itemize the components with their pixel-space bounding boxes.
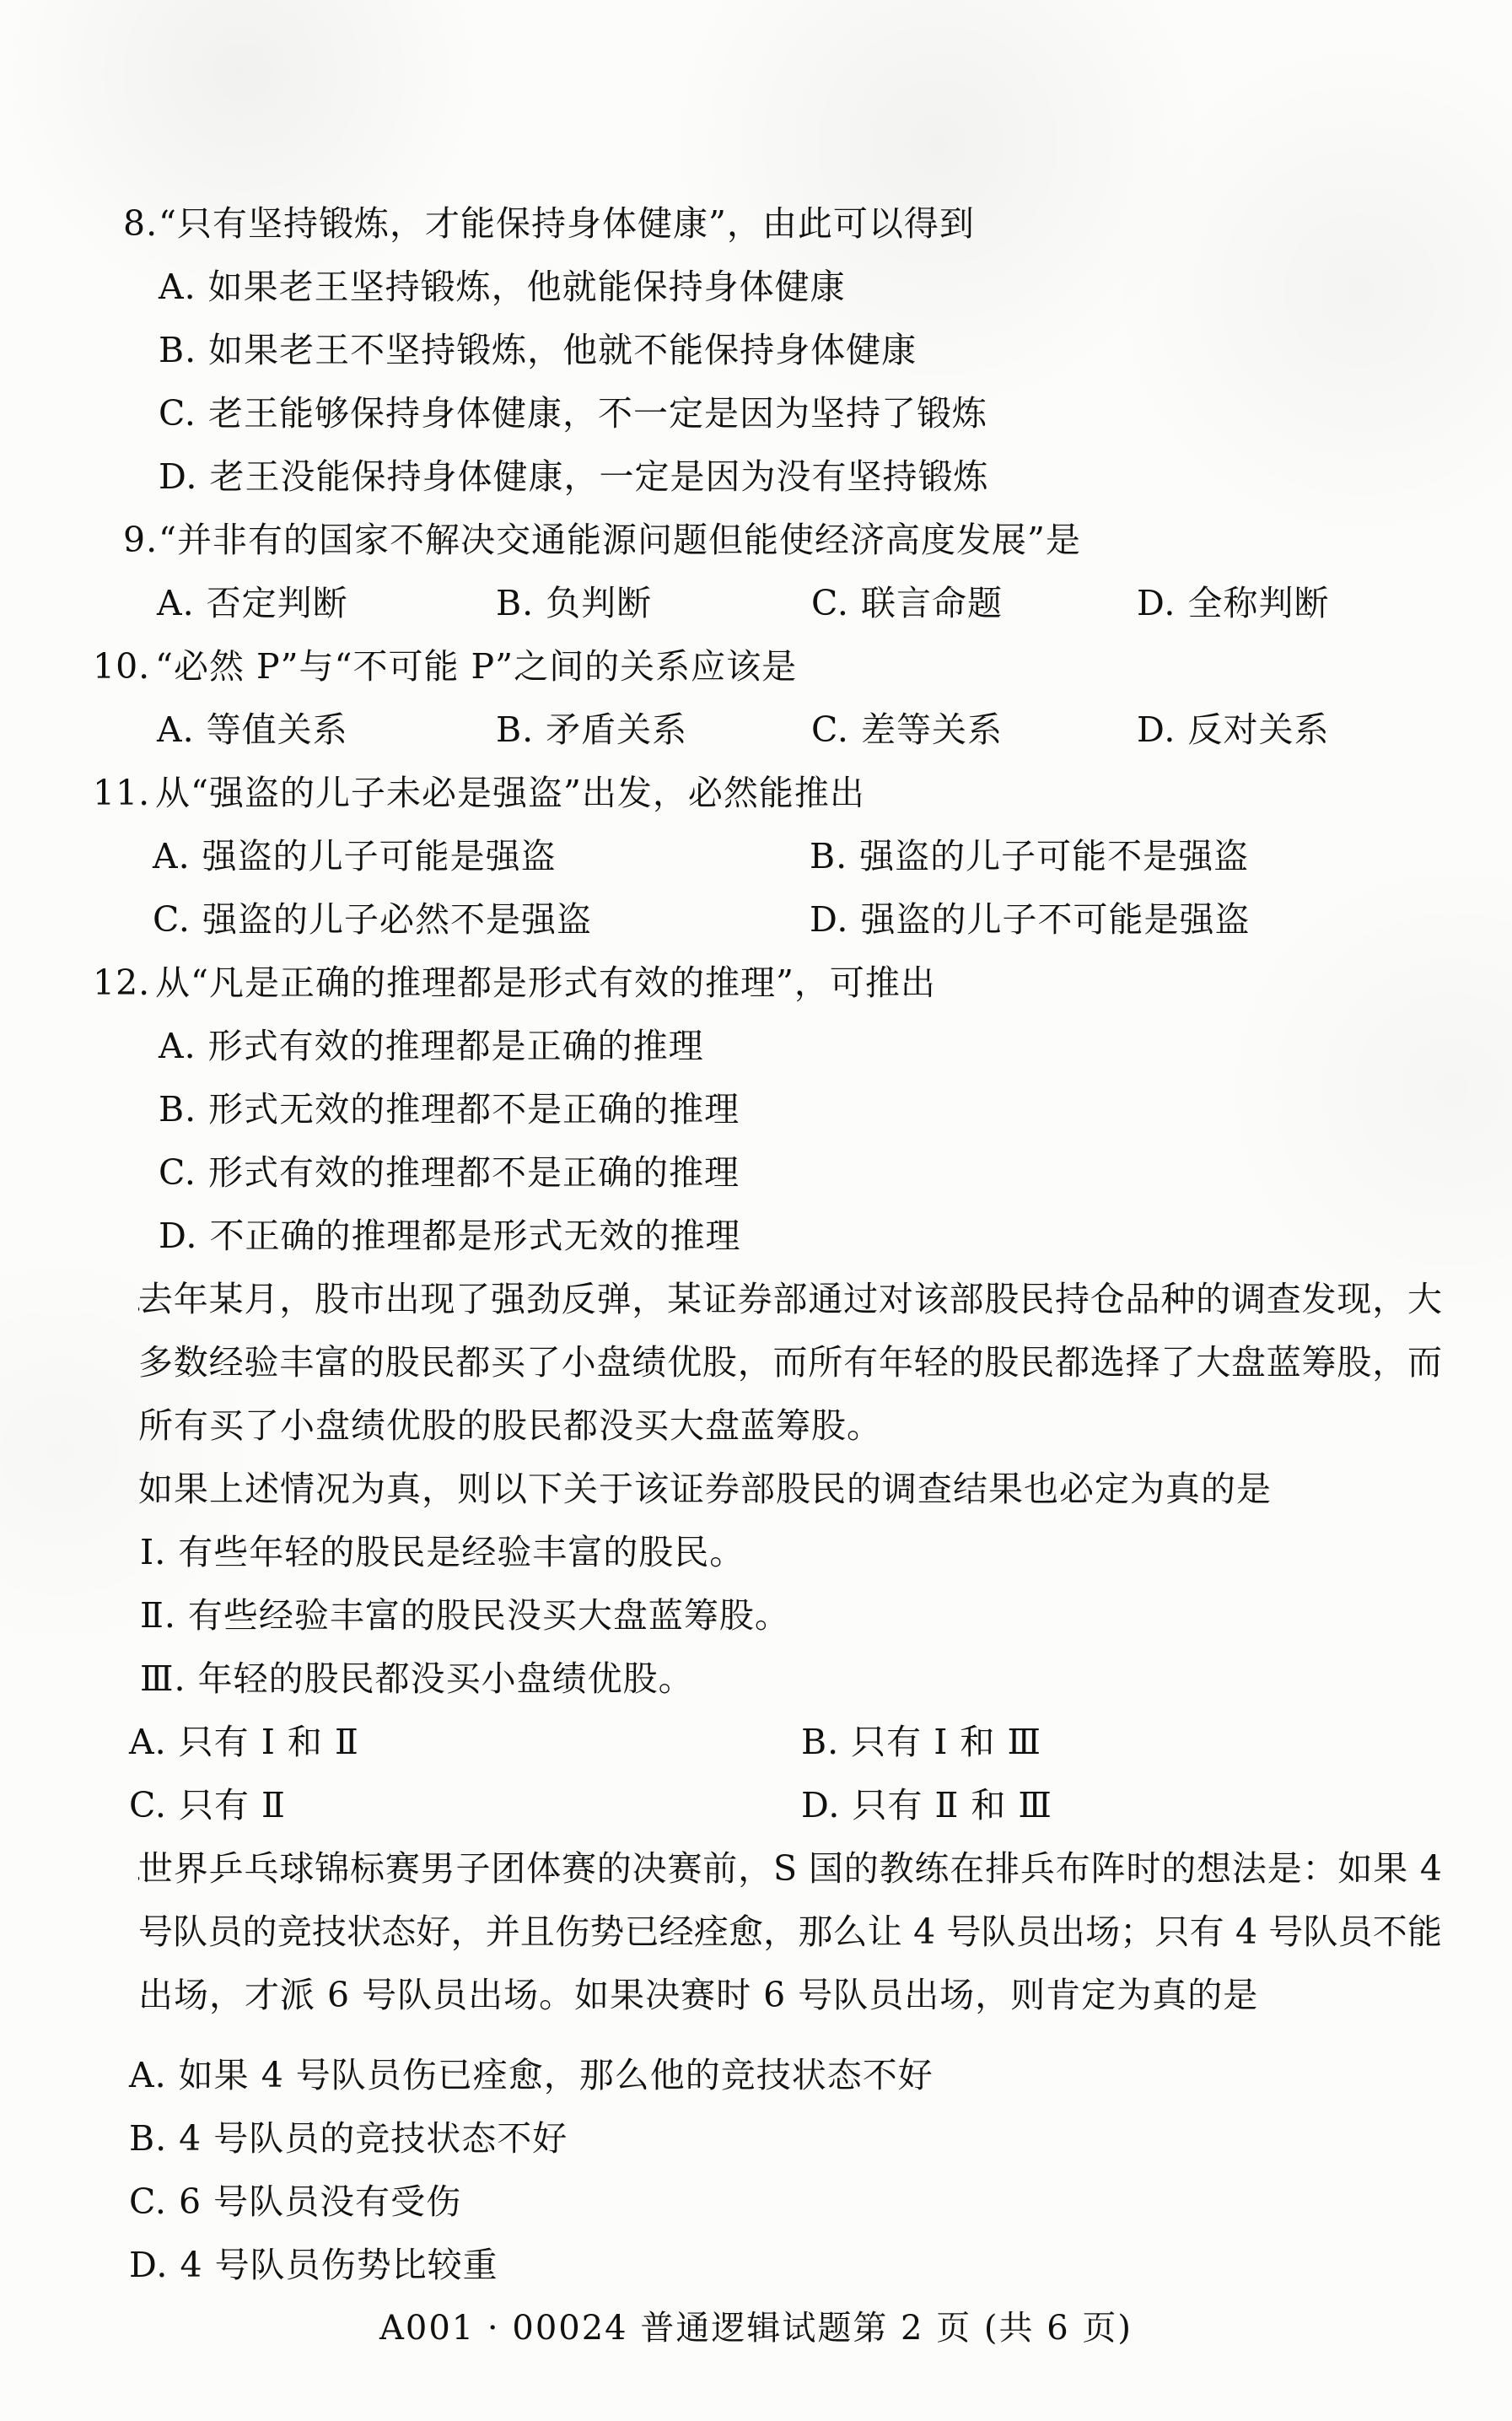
q12-option-c: C.形式有效的推理都不是正确的推理 [0, 1141, 1512, 1205]
q8-option-d-text: 老王没能保持身体健康，一定是因为没有坚持锻炼 [209, 456, 988, 497]
q10-option-c-label: C. [811, 709, 849, 750]
page-footer: A001 · 00024 普通逻辑试题第 2 页 (共 6 页) [0, 2297, 1512, 2360]
q10-option-b-text: 矛盾关系 [546, 709, 687, 750]
q13-premise-text: 如果上述情况为真，则以下关于该证券部股民的调查结果也必定为真的是 [138, 1469, 1272, 1509]
q12-stem: 从“凡是正确的推理都是形式有效的推理”，可推出 [155, 962, 936, 1003]
q14-stem-text-1: 世界乒乓球锦标赛男子团体赛的决赛前，S 国的教练在排兵布阵时的想法是：如果 4 [138, 1848, 1442, 1889]
q10-option-a: A.等值关系 [157, 698, 496, 762]
q14-option-b-text: 4 号队员的竞技状态不好 [179, 2118, 568, 2159]
q13-stem-text-3: 所有买了小盘绩优股的股民都没买大盘蓝筹股。 [138, 1405, 882, 1446]
q10-stem-line: 10.“必然 P”与“不可能 P”之间的关系应该是 [0, 635, 1512, 698]
q9-option-b-label: B. [496, 583, 534, 623]
q10-option-d: D.反对关系 [1137, 709, 1329, 750]
q8-stem: “只有坚持锻炼，才能保持身体健康”，由此可以得到 [159, 203, 975, 244]
q11-option-c-label: C. [153, 899, 191, 940]
q13-option-a: A.只有 Ⅰ 和 Ⅱ [129, 1711, 801, 1774]
q14-option-b-label: B. [129, 2118, 167, 2159]
q10-option-b: B.矛盾关系 [496, 698, 811, 762]
q14-option-a-label: A. [129, 2055, 167, 2095]
q10-options-row: A.等值关系B.矛盾关系C.差等关系D.反对关系 [0, 698, 1512, 762]
q11-option-d-text: 强盗的儿子不可能是强盗 [860, 899, 1250, 940]
q8-option-c-text: 老王能够保持身体健康，不一定是因为坚持了锻炼 [208, 393, 987, 434]
q13-stem-text-2: 多数经验丰富的股民都买了小盘绩优股，而所有年轻的股民都选择了大盘蓝筹股，而 [138, 1342, 1442, 1383]
q8-option-b-text: 如果老王不坚持锻炼，他就不能保持身体健康 [208, 330, 917, 370]
q13-statement-2-text: Ⅱ. 有些经验丰富的股民没买大盘蓝筹股。 [140, 1595, 790, 1636]
q10-option-a-label: A. [157, 709, 195, 750]
q8-option-c: C.老王能够保持身体健康，不一定是因为坚持了锻炼 [0, 382, 1512, 445]
q13-options-row-1: A.只有 Ⅰ 和 ⅡB.只有 Ⅰ 和 Ⅲ [0, 1711, 1512, 1774]
q12-option-c-text: 形式有效的推理都不是正确的推理 [208, 1152, 740, 1193]
q9-option-d: D.全称判断 [1137, 583, 1329, 623]
q11-option-a-label: A. [153, 836, 191, 876]
q14-stem-line-2: 号队员的竞技状态好，并且伤势已经痊愈，那么让 4 号队员出场；只有 4 号队员不… [138, 1901, 1442, 1964]
q13-premise-line: 如果上述情况为真，则以下关于该证券部股民的调查结果也必定为真的是 [0, 1458, 1512, 1521]
q9-option-a-text: 否定判断 [207, 583, 348, 623]
q12-number: 12. [93, 952, 155, 1015]
q9-option-a-label: A. [157, 583, 195, 623]
q11-stem: 从“强盗的儿子未必是强盗”出发，必然能推出 [155, 773, 865, 813]
q8-option-a-text: 如果老王坚持锻炼，他就能保持身体健康 [208, 267, 846, 307]
q11-option-d-label: D. [810, 899, 848, 940]
q9-number: 9. [123, 509, 159, 572]
q14-option-c: C.6 号队员没有受伤 [0, 2170, 1512, 2234]
q11-option-b-label: B. [810, 836, 847, 876]
q13-option-b-label: B. [801, 1722, 839, 1762]
q10-option-b-label: B. [496, 709, 534, 750]
q9-option-b-text: 负判断 [546, 583, 652, 623]
q9-stem-line: 9.“并非有的国家不解决交通能源问题但能使经济高度发展”是 [0, 509, 1512, 572]
q8-option-a: A.如果老王坚持锻炼，他就能保持身体健康 [0, 256, 1512, 319]
q12-option-c-label: C. [159, 1152, 196, 1193]
q13-number: 13. [138, 1268, 143, 1331]
q14-option-c-label: C. [129, 2181, 167, 2222]
q11-option-a: A.强盗的儿子可能是强盗 [153, 825, 810, 888]
page-footer-text: A001 · 00024 普通逻辑试题第 2 页 (共 6 页) [379, 2309, 1133, 2348]
q14-option-d-label: D. [129, 2245, 168, 2285]
q11-option-b: B.强盗的儿子可能不是强盗 [810, 836, 1249, 876]
q11-option-c-text: 强盗的儿子必然不是强盗 [202, 899, 592, 940]
q14-stem-line-1: 14.世界乒乓球锦标赛男子团体赛的决赛前，S 国的教练在排兵布阵时的想法是：如果… [138, 1837, 1442, 1901]
q13-statement-2: Ⅱ. 有些经验丰富的股民没买大盘蓝筹股。 [0, 1584, 1512, 1647]
q14-number: 14. [138, 1837, 143, 1901]
q10-option-d-label: D. [1137, 709, 1176, 750]
q8-option-d-label: D. [159, 456, 197, 497]
q9-option-c-label: C. [811, 583, 849, 623]
q14-option-d: D.4 号队员伤势比较重 [0, 2234, 1512, 2297]
q11-option-d: D.强盗的儿子不可能是强盗 [810, 899, 1250, 940]
q14-stem-text-3: 出场，才派 6 号队员出场。如果决赛时 6 号队员出场，则肯定为真的是 [138, 1975, 1258, 2015]
q13-option-b: B.只有 Ⅰ 和 Ⅲ [801, 1722, 1041, 1762]
q9-option-d-text: 全称判断 [1187, 583, 1329, 623]
q8-number: 8. [123, 192, 159, 256]
q14-option-a: A.如果 4 号队员伤已痊愈，那么他的竞技状态不好 [0, 2044, 1512, 2107]
q13-option-b-text: 只有 Ⅰ 和 Ⅲ [851, 1722, 1041, 1762]
q13-options-row-2: C.只有 ⅡD.只有 Ⅱ 和 Ⅲ [0, 1774, 1512, 1837]
q8-option-b-label: B. [159, 330, 196, 370]
q13-option-a-text: 只有 Ⅰ 和 Ⅱ [179, 1722, 359, 1762]
q8-option-a-label: A. [159, 267, 196, 307]
q10-option-c-text: 差等关系 [861, 709, 1003, 750]
q12-stem-line: 12.从“凡是正确的推理都是形式有效的推理”，可推出 [0, 952, 1512, 1015]
q12-option-b: B.形式无效的推理都不是正确的推理 [0, 1078, 1512, 1141]
q9-option-a: A.否定判断 [157, 572, 496, 635]
q11-option-c: C.强盗的儿子必然不是强盗 [153, 888, 810, 952]
q11-options-row-2: C.强盗的儿子必然不是强盗D.强盗的儿子不可能是强盗 [0, 888, 1512, 952]
q11-option-b-text: 强盗的儿子可能不是强盗 [859, 836, 1249, 876]
q14-stem-text-2: 号队员的竞技状态好，并且伤势已经痊愈，那么让 4 号队员出场；只有 4 号队员不… [138, 1911, 1442, 1952]
q12-option-b-text: 形式无效的推理都不是正确的推理 [208, 1089, 740, 1130]
q11-number: 11. [93, 762, 155, 825]
q13-stem-text-1: 去年某月，股市出现了强劲反弹，某证券部通过对该部股民持仓品种的调查发现，大 [138, 1279, 1442, 1319]
q11-stem-line: 11.从“强盗的儿子未必是强盗”出发，必然能推出 [0, 762, 1512, 825]
q13-option-c-text: 只有 Ⅱ [179, 1785, 286, 1825]
q8-option-d: D.老王没能保持身体健康，一定是因为没有坚持锻炼 [0, 445, 1512, 509]
q13-statement-3-text: Ⅲ. 年轻的股民都没买小盘绩优股。 [140, 1658, 694, 1699]
q14-stem-line-3: 出场，才派 6 号队员出场。如果决赛时 6 号队员出场，则肯定为真的是 [0, 1964, 1512, 2027]
q9-options-row: A.否定判断B.负判断C.联言命题D.全称判断 [0, 572, 1512, 635]
q10-option-a-text: 等值关系 [207, 709, 348, 750]
q12-option-d-text: 不正确的推理都是形式无效的推理 [209, 1216, 740, 1256]
q11-options-row-1: A.强盗的儿子可能是强盗B.强盗的儿子可能不是强盗 [0, 825, 1512, 888]
q10-option-d-text: 反对关系 [1187, 709, 1329, 750]
q8-option-b: B.如果老王不坚持锻炼，他就不能保持身体健康 [0, 319, 1512, 382]
q9-option-b: B.负判断 [496, 572, 811, 635]
exam-page: 8.“只有坚持锻炼，才能保持身体健康”，由此可以得到 A.如果老王坚持锻炼，他就… [0, 0, 1512, 2421]
q13-stem-line-3: 所有买了小盘绩优股的股民都没买大盘蓝筹股。 [0, 1394, 1512, 1458]
q10-option-c: C.差等关系 [811, 698, 1137, 762]
q10-stem: “必然 P”与“不可能 P”之间的关系应该是 [155, 646, 797, 687]
q14-option-b: B.4 号队员的竞技状态不好 [0, 2107, 1512, 2170]
q13-option-d: D.只有 Ⅱ 和 Ⅲ [801, 1785, 1052, 1825]
q10-number: 10. [93, 635, 155, 698]
q13-option-d-text: 只有 Ⅱ 和 Ⅲ [852, 1785, 1052, 1825]
q13-option-c-label: C. [129, 1785, 167, 1825]
q13-option-a-label: A. [129, 1722, 167, 1762]
q9-stem: “并非有的国家不解决交通能源问题但能使经济高度发展”是 [159, 520, 1081, 560]
q14-option-a-text: 如果 4 号队员伤已痊愈，那么他的竞技状态不好 [179, 2055, 934, 2095]
q14-option-c-text: 6 号队员没有受伤 [179, 2181, 461, 2222]
gap [0, 2027, 1512, 2044]
q9-option-d-label: D. [1137, 583, 1176, 623]
q12-option-a: A.形式有效的推理都是正确的推理 [0, 1015, 1512, 1078]
q12-option-d: D.不正确的推理都是形式无效的推理 [0, 1205, 1512, 1268]
q13-statement-3: Ⅲ. 年轻的股民都没买小盘绩优股。 [0, 1647, 1512, 1711]
q12-option-a-text: 形式有效的推理都是正确的推理 [208, 1026, 704, 1066]
q11-option-a-text: 强盗的儿子可能是强盗 [202, 836, 557, 876]
q14-option-d-text: 4 号队员伤势比较重 [180, 2245, 498, 2285]
q8-option-c-label: C. [159, 393, 196, 434]
q8-stem-line: 8.“只有坚持锻炼，才能保持身体健康”，由此可以得到 [0, 192, 1512, 256]
q13-option-c: C.只有 Ⅱ [129, 1774, 801, 1837]
q9-option-c-text: 联言命题 [861, 583, 1003, 623]
q12-option-d-label: D. [159, 1216, 197, 1256]
q13-option-d-label: D. [801, 1785, 840, 1825]
q13-stem-line-2: 多数经验丰富的股民都买了小盘绩优股，而所有年轻的股民都选择了大盘蓝筹股，而 [138, 1331, 1442, 1394]
q13-statement-1: Ⅰ. 有些年轻的股民是经验丰富的股民。 [0, 1521, 1512, 1584]
q9-option-c: C.联言命题 [811, 572, 1137, 635]
q13-statement-1-text: Ⅰ. 有些年轻的股民是经验丰富的股民。 [140, 1532, 745, 1572]
q12-option-a-label: A. [159, 1026, 196, 1066]
exam-content: 8.“只有坚持锻炼，才能保持身体健康”，由此可以得到 A.如果老王坚持锻炼，他就… [0, 192, 1512, 2360]
q13-stem-line-1: 13.去年某月，股市出现了强劲反弹，某证券部通过对该部股民持仓品种的调查发现，大 [138, 1268, 1442, 1331]
q12-option-b-label: B. [159, 1089, 196, 1130]
